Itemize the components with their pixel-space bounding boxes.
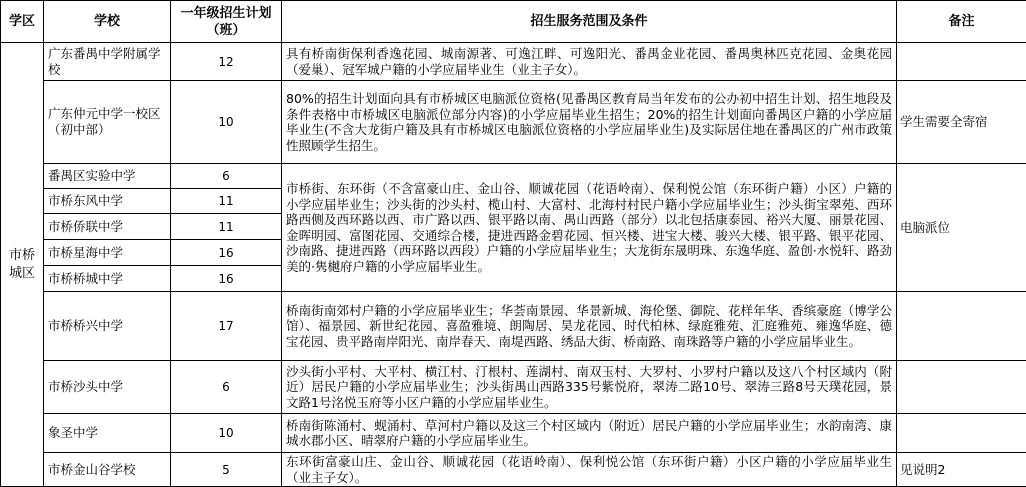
table-row: 番禺区实验中学 6 市桥街、东环街（不含富豪山庄、金山谷、顺诚花园（花语岭南）、… [1,164,1026,189]
school-cell: 象圣中学 [44,414,171,453]
scope-cell: 桥南街南郊村户籍的小学应届毕业生；华荟南景园、华景新城、海伦堡、御院、花样年华、… [282,292,897,361]
classes-cell: 11 [171,214,282,240]
header-row: 学区 学校 一年级招生计划 （班） 招生服务范围及条件 备注 [1,1,1026,43]
header-classes: 一年级招生计划 （班） [171,1,282,43]
school-cell: 广东番禺中学附属学校 [44,43,171,81]
school-cell: 市桥沙头中学 [44,361,171,414]
school-cell: 市桥东风中学 [44,189,171,214]
note-cell [897,43,1026,81]
table-row: 市桥桥兴中学 17 桥南街南郊村户籍的小学应届毕业生；华荟南景园、华景新城、海伦… [1,292,1026,361]
classes-cell: 11 [171,189,282,214]
school-cell: 番禺区实验中学 [44,164,171,189]
school-cell: 市桥星海中学 [44,240,171,266]
school-cell: 市桥桥兴中学 [44,292,171,361]
scope-cell: 沙头街小平村、大平村、横江村、汀根村、莲湖村、南双玉村、大罗村、小罗村户籍以及这… [282,361,897,414]
scope-cell: 具有桥南街保利香逸花园、城南源著、可逸江畔、可逸阳光、番禺金业花园、番禺奥林匹克… [282,43,897,81]
classes-cell: 16 [171,240,282,266]
note-cell [897,361,1026,414]
table-row: 市桥金山谷学校 5 东环街富豪山庄、金山谷、顺诚花园（花语岭南）、保利悦公馆（东… [1,453,1026,487]
header-school: 学校 [44,1,171,43]
classes-cell: 6 [171,361,282,414]
note-cell [897,292,1026,361]
scope-cell-merged: 市桥街、东环街（不含富豪山庄、金山谷、顺诚花园（花语岭南）、保利悦公馆（东环街户… [282,164,897,292]
table-row: 广东仲元中学一校区（初中部） 10 80%的招生计划面向具有市桥城区电脑派位资格… [1,81,1026,164]
table-row: 象圣中学 10 桥南街陈涌村、蚬涌村、草河村户籍以及这三个村区域内（附近）居民户… [1,414,1026,453]
enrollment-table: 学区 学校 一年级招生计划 （班） 招生服务范围及条件 备注 市桥 城区 广东番… [0,0,1026,487]
school-cell: 市桥侨联中学 [44,214,171,240]
header-note: 备注 [897,1,1026,43]
district-cell: 市桥 城区 [1,43,44,487]
classes-cell: 6 [171,164,282,189]
note-cell: 学生需要全寄宿 [897,81,1026,164]
classes-cell: 10 [171,81,282,164]
scope-cell: 80%的招生计划面向具有市桥城区电脑派位资格(见番禺区教育局当年发布的公办初中招… [282,81,897,164]
classes-cell: 5 [171,453,282,487]
classes-cell: 10 [171,414,282,453]
note-cell [897,414,1026,453]
table-row: 市桥 城区 广东番禺中学附属学校 12 具有桥南街保利香逸花园、城南源著、可逸江… [1,43,1026,81]
classes-cell: 12 [171,43,282,81]
header-scope: 招生服务范围及条件 [282,1,897,43]
school-cell: 市桥金山谷学校 [44,453,171,487]
scope-cell: 桥南街陈涌村、蚬涌村、草河村户籍以及这三个村区域内（附近）居民户籍的小学应届毕业… [282,414,897,453]
school-cell: 广东仲元中学一校区（初中部） [44,81,171,164]
table-row: 市桥沙头中学 6 沙头街小平村、大平村、横江村、汀根村、莲湖村、南双玉村、大罗村… [1,361,1026,414]
school-cell: 市桥桥城中学 [44,266,171,292]
note-cell-merged: 电脑派位 [897,164,1026,292]
classes-cell: 17 [171,292,282,361]
scope-cell: 东环街富豪山庄、金山谷、顺诚花园（花语岭南）、保利悦公馆（东环街户籍）小区户籍的… [282,453,897,487]
note-cell: 见说明2 [897,453,1026,487]
header-district: 学区 [1,1,44,43]
classes-cell: 16 [171,266,282,292]
